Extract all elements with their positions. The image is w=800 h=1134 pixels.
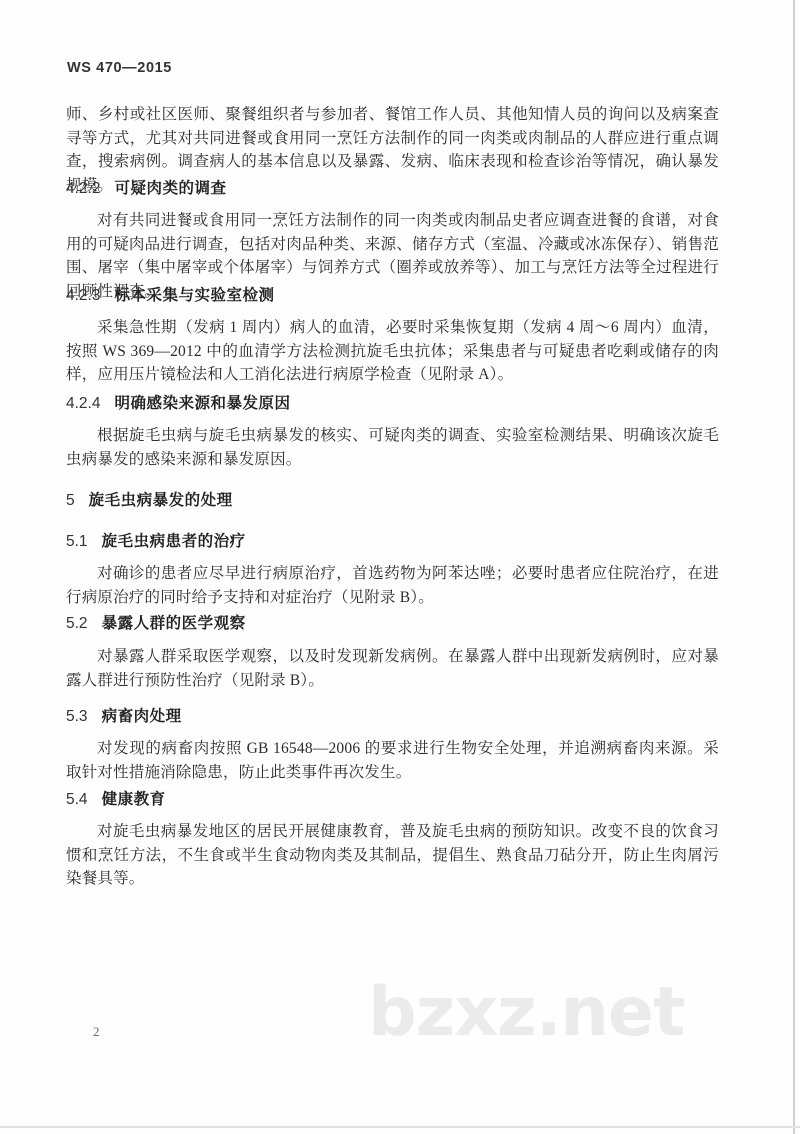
section-title: 暴露人群的医学观察 — [102, 615, 246, 632]
section-number: 5 — [66, 492, 75, 509]
section-heading-4-2-4: 4.2.4明确感染来源和暴发原因 — [66, 395, 719, 413]
section-title: 明确感染来源和暴发原因 — [114, 395, 290, 412]
scan-edge-bottom — [0, 1126, 800, 1128]
section-heading-5: 5旋毛虫病暴发的处理 — [66, 492, 719, 510]
section-paragraph: 根据旋毛虫病与旋毛虫病暴发的核实、可疑肉类的调查、实验室检测结果、明确该次旋毛虫… — [66, 424, 719, 471]
section-paragraph: 采集急性期（发病 1 周内）病人的血清，必要时采集恢复期（发病 4 周～6 周内… — [66, 316, 719, 387]
section-title: 健康教育 — [102, 791, 166, 808]
section-heading-5-2: 5.2暴露人群的医学观察 — [66, 615, 719, 633]
section-paragraph: 对发现的病畜肉按照 GB 16548—2006 的要求进行生物安全处理，并追溯病… — [66, 737, 719, 784]
section-number: 5.3 — [66, 708, 88, 725]
section-heading-5-4: 5.4健康教育 — [66, 791, 719, 809]
section-heading-4-2-3: 4.2.3标本采集与实验室检测 — [66, 287, 719, 305]
section-number: 4.2.4 — [66, 395, 100, 412]
section-number: 5.2 — [66, 615, 88, 632]
document-page: WS 470—2015 师、乡村或社区医师、聚餐组织者与参加者、餐馆工作人员、其… — [0, 0, 800, 1134]
section-title: 旋毛虫病暴发的处理 — [89, 492, 233, 509]
section-paragraph: 对旋毛虫病暴发地区的居民开展健康教育，普及旋毛虫病的预防知识。改变不良的饮食习惯… — [66, 820, 719, 891]
standard-code-header: WS 470—2015 — [67, 60, 172, 76]
section-heading-4-2-2: 4.2.2可疑肉类的调查 — [66, 180, 719, 198]
section-number: 4.2.2 — [66, 180, 100, 197]
section-heading-5-3: 5.3病畜肉处理 — [66, 708, 719, 726]
section-title: 可疑肉类的调查 — [114, 180, 226, 197]
section-paragraph: 对暴露人群采取医学观察，以及时发现新发病例。在暴露人群中出现新发病例时，应对暴露… — [66, 645, 719, 692]
page-number: 2 — [93, 1024, 100, 1040]
section-number: 5.1 — [66, 533, 88, 550]
section-heading-5-1: 5.1旋毛虫病患者的治疗 — [66, 533, 719, 551]
section-paragraph: 对确诊的患者应尽早进行病原治疗，首选药物为阿苯达唑；必要时患者应住院治疗，在进行… — [66, 562, 719, 609]
section-number: 4.2.3 — [66, 287, 100, 304]
section-number: 5.4 — [66, 791, 88, 808]
section-title: 旋毛虫病患者的治疗 — [102, 533, 246, 550]
section-title: 病畜肉处理 — [102, 708, 182, 725]
scan-edge-right — [793, 0, 795, 1134]
site-watermark: bzxz.net — [368, 976, 685, 1051]
section-title: 标本采集与实验室检测 — [114, 287, 274, 304]
